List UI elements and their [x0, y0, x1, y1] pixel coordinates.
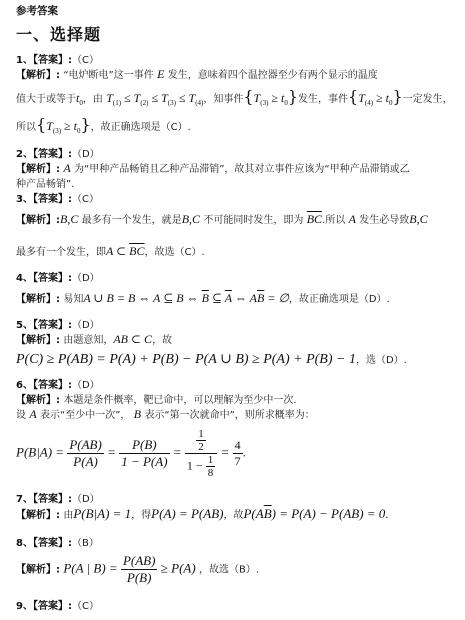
answer-6: 6、【答案】:（D）: [16, 376, 100, 391]
analysis-1-line3: 所以{T(3) ≥ t0}，故正确选项是（C）.: [16, 115, 191, 135]
analysis-3-line2: 最多有一个发生，即A ⊂ BC，故选（C）.: [16, 243, 205, 259]
answer-5: 5、【答案】:（D）: [16, 316, 100, 331]
analysis-2-line2: 种产品畅销”.: [16, 175, 74, 190]
analysis-8: 【解析】: P(A | B) = P(AB)P(B) ≥ P(A) ，故选（B）…: [16, 553, 259, 586]
answer-3: 3、【答案】:（C）: [16, 190, 99, 205]
answer-8: 8、【答案】:（B）: [16, 534, 99, 549]
analysis-4: 【解析】: 易知A ∪ B = B ⇔ A ⊆ B ⇔ B ⊆ A ⇔ AB =…: [16, 290, 390, 306]
analysis-7: 【解析】: 由P(B|A) = 1，得P(A) = P(AB)，故P(AB) =…: [16, 506, 388, 522]
analysis-1-line1: 【解析】: “电炉断电”这一事件 E 发生，意味着四个温控器至少有两个显示的温度: [16, 66, 378, 82]
analysis-5-line1: 【解析】: 由题意知，AB ⊂ C，故: [16, 331, 172, 347]
analysis-6-formula: P(B|A) = P(AB)P(A) = P(B)1 − P(A) = 12 1…: [16, 428, 246, 479]
section-title: 一、选择题: [16, 22, 101, 45]
document-title: 参考答案: [16, 3, 58, 18]
analysis-3-line1: 【解析】:B,C 最多有一个发生，就是B,C 不可能同时发生，即为 BC.所以 …: [16, 211, 428, 227]
analysis-6-line1: 【解析】: 本题是条件概率，靶已命中，可以理解为至少中一次.: [16, 391, 297, 406]
answer-9: 9、【答案】:（C）: [16, 597, 99, 612]
answer-1: 1、【答案】:（C）: [16, 51, 99, 66]
answer-2: 2、【答案】:（D）: [16, 145, 100, 160]
analysis-1-line2: 值大于或等于t0，由 T(1) ≤ T(2) ≤ T(3) ≤ T(4)，知事件…: [16, 87, 453, 107]
analysis-5-line2: P(C) ≥ P(AB) = P(A) + P(B) − P(A ∪ B) ≥ …: [16, 351, 407, 368]
analysis-6-line2: 设 A 表示“至少中一次”， B 表示“第一次就命中”，则所求概率为：: [16, 406, 315, 422]
analysis-2-line1: 【解析】: A 为“甲种产品畅销且乙种产品滞销”，故其对立事件应该为“甲种产品滞…: [16, 160, 410, 176]
answer-7: 7、【答案】:（D）: [16, 490, 100, 505]
answer-4: 4、【答案】:（D）: [16, 269, 100, 284]
